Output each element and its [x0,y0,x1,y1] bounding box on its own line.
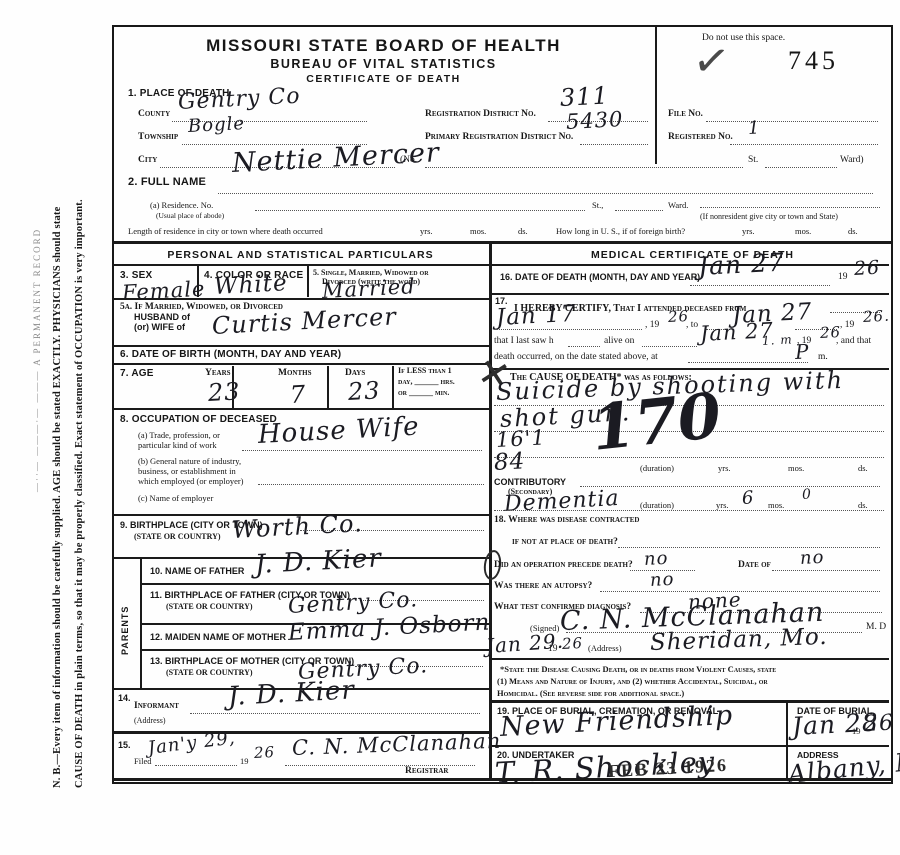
registration-district-label: Registration District No. [425,109,536,119]
months-header: Months [278,368,311,378]
residence-ward-label: Ward. [668,200,688,210]
mos-label: mos. [788,463,804,473]
less-than-label-3: or ______ min. [398,388,449,397]
registered-no-value: 1 [747,117,761,139]
medical-heading: MEDICAL CERTIFICATE OF DEATH [494,249,891,261]
m-label: m. [818,352,828,362]
date-of-birth-label: 6. DATE OF BIRTH (MONTH, DAY AND YEAR) [120,349,341,360]
rule [491,293,889,295]
mos-label: mos. [470,226,486,236]
dotted-line [494,456,884,458]
occupation-b-label-3: which employed (or employer) [138,476,244,486]
death-occurred-text: death occurred, on the date stated above… [494,352,658,362]
primary-registration-label: Primary Registration District No. [425,132,573,142]
certificate-number: 745 [788,46,839,76]
margin-nb-line1: N. B.—Every item of information should b… [52,206,63,788]
cell-divider [307,266,309,297]
informant-address-label: (Address) [134,716,166,725]
residence-label: (a) Residence. No. [150,200,213,210]
rule [112,264,489,266]
pen-checkmark: ✓ [690,34,734,90]
dotted-line [688,361,808,363]
informant-label: Informant [134,701,179,711]
father-birthplace-state-label: (STATE OR COUNTRY) [166,602,253,611]
autopsy-label: Was there an autopsy? [494,581,592,591]
do-not-use-divider [655,27,657,164]
rule [491,658,889,660]
autopsy-value: no [649,569,675,591]
death-certificate-scan: —··— ———·— ——— A PERMANENT RECORD N. B.—… [0,0,900,855]
dotted-line [258,483,484,485]
form-title: MISSOURI STATE BOARD OF HEALTH [112,36,655,56]
dotted-line [706,120,878,122]
alive-on-time-value: 1. m [762,332,793,348]
cause-code-stamp: 170 [588,379,724,465]
city-st-label: St. [748,155,758,165]
dotted-line [255,209,585,211]
rule [491,264,889,266]
age-days-value: 23 [347,376,381,406]
occupation-b-label-2: business, or establishment in [138,466,236,476]
dotted-line [730,143,878,145]
attended-from-value: Jan 17 [495,301,577,331]
signed-year-printed: 19 [548,644,558,654]
rule [112,345,489,347]
nonresident-note: (If nonresident give city or town and St… [700,212,838,221]
dotted-line [155,764,237,766]
informant-number: 14. [118,693,131,703]
rule [140,583,489,585]
dotted-line [494,509,884,511]
burial-year-value: 26 [863,710,894,737]
year2-value: 26. [863,307,891,326]
date-of-death-year-printed: 19 [838,272,848,282]
how-long-us-label: How long in U. S., if of foreign birth? [556,226,685,236]
age-label: 7. AGE [120,368,154,379]
full-name-label: 2. FULL NAME [128,176,206,188]
alive-on-label: alive on [604,336,634,346]
residence-st-label: St., [592,200,603,210]
filed-year-value: 26 [254,743,276,762]
township-value: Bogle [187,113,245,137]
less-than-label-2: day, ______ hrs. [398,377,455,386]
cell-divider [392,366,394,408]
footnote-line2: (1) Means and Nature of Injury, and (2) … [497,676,768,686]
occupation-a-label-2: particular kind of work [138,440,217,450]
rule [140,649,489,651]
filed-number: 15. [118,740,131,750]
dotted-line [494,328,642,330]
date-of-label: Date of [738,560,771,570]
yrs-label: yrs. [420,226,433,236]
occupation-b-label-1: (b) General nature of industry, [138,456,241,466]
margin-nb-line2: CAUSE OF DEATH in plain terms, so that i… [74,199,85,788]
to-label: , to [686,320,698,330]
dotted-line [690,284,830,286]
operation-label: Did an operation precede death? [494,560,633,570]
dotted-line [765,166,837,168]
file-no-label: File No. [668,109,703,119]
sex-value: Female [121,277,206,305]
registered-no-label: Registered No. [668,132,733,142]
dotted-line [425,166,743,168]
contributory-yrs-value: 6 [741,487,755,509]
age-years-value: 23 [207,377,241,407]
date-of-death-value: Jan 27 [697,247,785,281]
form-subtitle: BUREAU OF VITAL STATISTICS [112,57,655,71]
length-residence-label: Length of residence in city or town wher… [128,226,323,236]
mother-birthplace-state-label: (STATE OR COUNTRY) [166,668,253,677]
ds-label: ds. [858,463,868,473]
dotted-line [642,345,697,347]
dotted-line [242,449,482,451]
footnote-line3: Homicidal. (See reverse side for additio… [497,688,684,698]
township-label: Township [138,132,178,142]
mother-name-label: 12. MAIDEN NAME OF MOTHER [150,632,286,642]
personal-heading: PERSONAL AND STATISTICAL PARTICULARS [112,249,489,261]
city-ward-label: Ward) [840,155,864,165]
year1-printed: , 19 [645,320,659,330]
physician-address-label: (Address) [588,643,622,653]
and-that-text: , and that [836,336,871,346]
abode-note: (Usual place of abode) [156,211,224,220]
dotted-line [568,345,600,347]
burial-year-printed: 19 [852,726,861,736]
occupation-a-label-1: (a) Trade, profession, or [138,430,220,440]
duration-label: (duration) [640,463,674,473]
ds-label: ds. [518,226,528,236]
if-not-label: if not at place of death? [512,537,618,547]
dotted-line [580,143,648,145]
mos-label: mos. [795,226,811,236]
md-label: M. D [866,622,886,632]
dotted-line [615,209,663,211]
occupation-c-label: (c) Name of employer [138,493,213,503]
section-divider [112,241,891,244]
bottom-border [112,778,891,781]
contributory-mos-value: 0 [802,486,813,502]
primary-registration-value: 5430 [565,107,624,134]
husband-of-label: HUSBAND of [134,312,190,322]
margin-faint-note: —··— ———·— ——— A PERMANENT RECORD [32,228,42,492]
dotted-line [700,206,880,208]
signed-year-value: 26 [562,634,584,653]
contributory-label: CONTRIBUTORY [494,477,566,487]
ds-label: ds. [848,226,858,236]
dotted-line [580,485,880,487]
dotted-line [218,192,873,194]
cause-note2-value: 84 [493,448,526,476]
date-of-death-label: 16. DATE OF DEATH (MONTH, DAY AND YEAR) [500,272,700,282]
operation-value: no [643,548,669,570]
death-time-value: P [794,339,810,364]
father-name-label: 10. NAME OF FATHER [150,566,244,576]
years-header: Years [205,368,231,378]
color-race-value: White [213,270,288,300]
wife-of-label: (or) WIFE of [134,322,185,332]
cell-divider [327,366,329,408]
rule [112,298,489,300]
yrs-label: yrs. [718,463,731,473]
parents-label: PARENTS [120,606,130,655]
yrs-label: yrs. [742,226,755,236]
dotted-line [772,569,880,571]
operation-date-value: no [799,547,825,569]
occupation-label: 8. OCCUPATION OF DECEASED [120,414,277,425]
last-saw-text: that I last saw h [494,336,554,346]
less-than-label-1: If LESS than 1 [398,366,452,375]
dotted-line [190,712,480,714]
filed-year-printed: 19 [240,756,249,766]
age-months-value: 7 [289,380,307,409]
where-contracted-label: 18. Where was disease contracted [494,515,639,525]
county-label: County [138,109,170,119]
registrar-label: Registrar [405,766,448,776]
footnote-line1: *State the Disease Causing Death, or in … [500,664,776,674]
rule [112,408,489,410]
year2-printed: , 19 [840,320,854,330]
rule [112,363,489,365]
birthplace-state-label: (STATE OR COUNTRY) [134,532,221,541]
city-label: City [138,155,157,165]
date-of-death-year-value: 26 [853,257,880,280]
